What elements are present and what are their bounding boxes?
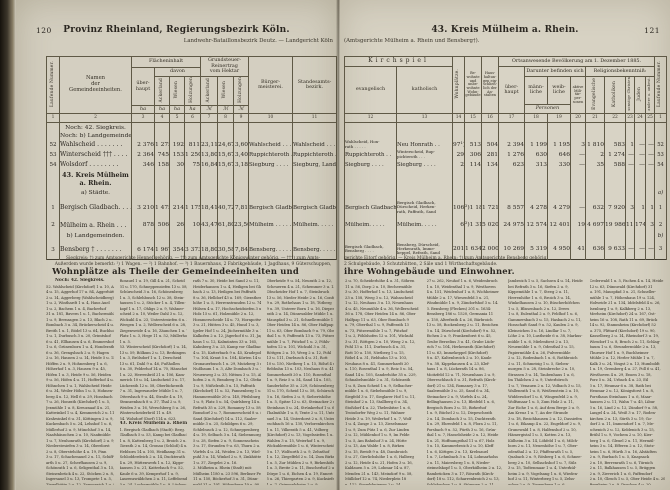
cell-value: —: [635, 140, 646, 150]
gemeinde-name: Bergisch Gladbach. . . .: [60, 197, 132, 219]
col-number: 25: [646, 114, 655, 123]
cell-value: 1: [635, 197, 646, 219]
wohnplaetze-line: acker 2 u. 9, Ziegenberg 1 u. 6.: [508, 482, 584, 486]
cell-value: 19: [571, 219, 586, 232]
page-left: 120 Provinz Rheinland, Regierungsbezirk …: [16, 0, 337, 490]
wohnplaetze-line: 1 u. 2, Winthardt 1 u. 4, Haus Auel: [46, 300, 114, 306]
standesamt-value: Ruppichteroth .: [293, 150, 337, 160]
table-row: Mülheim. . . . .Mülheim. . . . .6²)1 314…: [345, 219, 667, 232]
cell-value: 30: [170, 160, 185, 170]
col-evangelische: Evangelische: [586, 77, 605, 114]
col-kirchspiel: Kirchspiel: [345, 57, 453, 67]
wohnplaetze-column: Jambroich 1 u. 5, Sachsen 4 u. 14, Heide…: [508, 278, 584, 485]
row-number: 52: [47, 140, 60, 150]
col-number: 16: [482, 114, 499, 123]
wohnplaetze-line: 8 u. 47, Kaltenbroich 2 u. 10, Kaule: [427, 355, 503, 361]
col-katholiken: Katholiken: [605, 77, 626, 114]
col-weibliche: weib-liche: [548, 77, 571, 105]
col-number: 18: [525, 114, 548, 123]
section-row: [345, 132, 667, 140]
wohnplaetze-line: 3 u. 17, Strunden 9 u. 63, Thurn 2 u. 10…: [193, 443, 261, 449]
cell-value: 6: [453, 219, 465, 232]
wohnplaetze-line: 13 u. 111, Durbusch 4 u. 31, Rott: [267, 355, 335, 361]
wohnplaetze-line: steimelskopf 1 u. 5, Oberkülheim 2 u. 12…: [427, 465, 503, 471]
wohnplaetze-line: Stranzenbach 8 u. 37, Thal 2 u. 9,: [120, 399, 188, 405]
book-spread: 120 Provinz Rheinland, Regierungsbezirk …: [0, 0, 670, 490]
wohnplaetze-column: Cederwald 1 u. 5, Fachen 4 u. 14, Heide1…: [590, 278, 666, 485]
wohnplaetze-line: Kalkofen 2 u. 12, Jägerhof 6 u. 31, Jagd…: [193, 333, 261, 339]
col-wohngebaeude: Be-wohnteundunbe-wohnteWohn-gebäude: [465, 57, 482, 114]
cell-value: 3 210: [132, 197, 155, 219]
kirchspiel-evangelisch-value: Bergisch Gladbach: [345, 197, 397, 219]
unit: ha: [170, 106, 185, 114]
cell-value: —: [635, 150, 646, 160]
wohnplaetze-line: 1 u. 9, Platz 5 u. 54, Quirlsberg 14 u. …: [193, 399, 261, 405]
wohnplaetze-line: Wickuhlermühle 1 u. 6, Winterscheidt: [267, 443, 335, 449]
cell-value: 588: [605, 160, 626, 170]
col-rt-ackerland: Ackerland: [201, 77, 218, 106]
col-bevoelkerung: Ortsanwesende Bevölkerung am 1. Dezember…: [499, 57, 655, 67]
wohnplaetze-line: Cederwald 1 u. 5, Fachen 4 u. 14, Heide: [590, 278, 666, 284]
row-number: 2: [655, 219, 667, 232]
cell-value: —: [635, 160, 646, 170]
wohnplaetze-line: 2. Mülheim a. Rhein (Stadt) mit:: [193, 465, 261, 471]
wohnplaetze-line: 1 u. 3, Brölsdorf 1 u. 1, Derscheid: [120, 355, 188, 361]
col-number: 15: [465, 114, 482, 123]
wohnplaetze-line: 31 u. 181, Bavern 1 u. 1, Bachermühle: [46, 311, 114, 317]
table-row: 2Mülheim a. Rhein . . .878506261043,4761…: [47, 219, 337, 232]
wohnplaetze-line: u. 191, Mauspfad 3 u. 21, Schneller-: [590, 289, 666, 295]
kirchspiel-katholisch-value: Winterscheid, Rup-pichteroth . . .: [397, 150, 453, 160]
wohnplaetze-line: 2 u. 16, Hausen 2 u. 14, Heide 5 u. 15,: [46, 355, 114, 361]
wohnplaetze-columns-left: Noch: 42. Siegkreis.52. Wahlscheid (Kirc…: [46, 278, 334, 485]
wohnplaetze-line: bach 2 u. 13, Heiligen bei Paffrath: [193, 289, 261, 295]
cell-value: 23,11: [201, 140, 218, 150]
col-laufende-nummer: Laufende Nummer.: [47, 57, 60, 114]
cell-value: 1 199: [525, 140, 548, 150]
cell-value: 3: [571, 140, 586, 150]
cell-value: —: [626, 160, 635, 170]
wohnplaetze-line: merich 10 u. 54, Lindscheid 3 u. 17,: [120, 377, 188, 383]
col-number: 13: [397, 114, 453, 123]
cell-value: 8 557: [499, 197, 525, 219]
row-number: 53: [655, 150, 667, 160]
section-label: 43. Kreis Mülheima. Rhein.: [60, 170, 132, 189]
section-row: a) Städte.: [47, 189, 337, 197]
page-title-right: 43. Kreis Mülheim a. Rhein.: [340, 25, 670, 35]
row-number: 1: [655, 197, 667, 219]
kirchspiel-evangelisch-value: Mülheim. . . . .: [345, 219, 397, 232]
wohnplaetze-line: heim 3 u. 14, Efferen 2 u. 12, Stotz-: [590, 443, 666, 449]
wohnplaetze-line: Windmühle 1 u. 9, Zündorfshof 3 u. 14.: [427, 300, 503, 306]
col-ueberhaupt: über-haupt: [499, 67, 525, 114]
wohnplaetze-line: Naafshäuschen 2 u. 10, Naafmühle: [46, 432, 114, 438]
wohnplaetze-column: Noch: 42. Siegkreis.52. Wahlscheid (Kirc…: [46, 278, 114, 485]
wohnplaetze-line: 5 u. 27, Gierlichshöhe 1 u. 6, Halberg: [345, 454, 421, 460]
wohnplaetze-line: 1 u. 5, Spitze 12 u. 63, Steinacker 2 u.…: [267, 399, 335, 405]
col-number: 19: [548, 114, 571, 123]
wohnplaetze-line: Schnabelsmühle 2 u. 31, Schönrath: [345, 377, 421, 383]
section-label: b) Landgemeinden.: [60, 232, 132, 240]
cell-value: —: [626, 150, 635, 160]
wohnplaetze-column: 27 u. 262, Neuhof 1 u. 6, Weidenbruch1 u…: [427, 278, 503, 485]
cell-value: ²)1 314: [465, 219, 482, 232]
section-row: b) Landgemeinden.: [47, 232, 337, 240]
page-subtitle-right: (Amtsgerichte Mülheim a. Rhein und Bensb…: [344, 38, 479, 44]
row-number: 53: [47, 150, 60, 160]
section-row: b): [345, 232, 667, 240]
cell-value: 26: [170, 219, 185, 232]
wohnplaetze-line: Jambroich 1 u. 5, Sachsen 4 u. 14, Heide: [508, 278, 584, 284]
section-row: 43. Kreis Mülheima. Rhein.: [47, 170, 337, 189]
cell-value: 281: [482, 150, 499, 160]
kirchspiel-evangelisch-value: Siegburg . . . .: [345, 160, 397, 170]
cell-value: 19 986: [605, 219, 626, 232]
wohnplaetze-line: Schönrath 1 u. 6, Seligenthal 3 u. 15,: [46, 465, 114, 471]
table-row: Ruppichteroth . .Winterscheid, Rup-picht…: [345, 150, 667, 160]
gemeinde-name: Wolsdorf . . . . . . . .: [60, 160, 132, 170]
cell-value: 75: [185, 160, 201, 170]
wohnplaetze-line: 4 u. 151, Weidenhof 1 u. 8, Wichheimer: [427, 289, 503, 295]
wohnplaetze-line: 6 u. 30, Felderhof 14 u. 70, Hänscheid: [120, 366, 188, 372]
cell-value: 13,80: [201, 150, 218, 160]
wohnplaetze-line: Laurenzwäldchen 2 u. 11, Leffelsend: [120, 476, 188, 482]
cell-value: 97¹): [453, 140, 465, 150]
wohnplaetze-line: Obscheider Hof 1 u. 7, Steinbruch: [267, 289, 335, 295]
wohnplaetze-line: (Kirchdorf) 11 u. 52, Pannenberg 1 u. 41…: [193, 388, 261, 394]
col-number: 7: [201, 114, 218, 123]
cell-value: 1 250: [185, 150, 201, 160]
col-rt-holzungen: Holzungen: [234, 77, 249, 106]
col-wohnplaetze: Wohnplätze.: [453, 57, 465, 114]
wohnplaetze-line: 9 u. 29, Rothehaus 1 u. 18, Tütberg: [267, 300, 335, 306]
wohnplaetze-line: 1 u. 8, Eulenthal 2 u. 9, Feldhof 1 u. 6…: [508, 311, 584, 317]
kirchspiel-evangelisch-value: Wahlscheid, Hon-rath . . . . .: [345, 140, 397, 150]
wohnplaetze-line: 3 u. 15, Todtenmaar 1 u. 4, Unterkül-: [508, 465, 584, 471]
col-standesamt: Standesamts-bezirk.: [293, 57, 337, 114]
wohnplaetze-line: Schlodderdeich 2 u. 14, Duckterath: [120, 454, 188, 460]
col-number: 23: [626, 114, 635, 123]
cell-value: 115: [626, 219, 635, 232]
wohnplaetze-line: 1 u. 7, Grimmelsheim 2 u. 9.: [267, 482, 335, 486]
unit: ha: [185, 106, 201, 114]
page-subtitle-left: Landwehr-Bataillonsbezirk Deutz. — Landg…: [184, 38, 333, 44]
cell-value: 153: [170, 150, 185, 160]
cell-value: 40,72: [218, 197, 234, 219]
cell-value: 18,41: [201, 197, 218, 219]
row-number: 52: [655, 140, 667, 150]
col-flaecheninhalt: Flächeninhalt: [132, 57, 201, 68]
col-namen: NamenderGemeindeeinheiten.: [60, 57, 132, 114]
wohnplaetze-line: 2 u. 11, Balkhausen 1 u. 5, Brüggen: [590, 465, 666, 471]
col-ueberhaupt: über-haupt: [132, 68, 155, 106]
wohnplaetze-line: Eichen 2 u. 9, Frankenforst 6 u. 45,: [427, 333, 503, 339]
col-number: 3: [132, 114, 155, 123]
wohnplaetze-line: 4 u. 19, Selbach 3 u. 14, Siebenmorgen: [193, 432, 261, 438]
wohnplaetze-line: hofen 2 u. 8, Brauberg 3 u. 12, Olefant: [193, 377, 261, 383]
wohnplaetze-line: Bensberg 186 u. 1520, Germania 11: [427, 311, 503, 317]
wohnplaetze-line: höhe 1 u. 5, Herrenstrunden 12 u. 74,: [193, 300, 261, 306]
wohnplaetze-line: thal 1 u. 7, Hasselsheide 2 u. 12, Heide: [427, 432, 503, 438]
section-row: [345, 123, 667, 132]
wohnplaetze-line: born 2 u. 11, Neuenhöhe 1 u. 7, Ober-: [508, 443, 584, 449]
wohnplaetze-line: hof 2 u. 11, Winterberg 1 u. 5, Zehn-: [508, 476, 584, 482]
wohnplaetze-line: 3 u. 17, Schachenauel 2 u. 11, Schiff-: [46, 454, 114, 460]
cell-value: 646: [548, 150, 571, 160]
wohnplaetze-line: Platz 1 u. 3, Hege 11 u. 52, Müllerhof: [120, 333, 188, 339]
cell-value: 174: [635, 219, 646, 232]
cell-value: 10: [185, 219, 201, 232]
wohnplaetze-column: Rosauel 1 u. 19, Gill 4 u. 21, Scheid31 …: [120, 278, 188, 485]
col-number: 17: [499, 114, 525, 123]
cell-value: 878: [132, 219, 155, 232]
wohnplaetze-line: u. 112, Siegelsknippen 2 u. 14.: [345, 482, 421, 486]
wohnplaetze-line: rich 7 u. 104, Herkenrath (Kirchdorf): [427, 344, 503, 350]
wohnplaetze-line: Winkelhausen 2 u. 10, Büscherhöfchen: [508, 300, 584, 306]
wohnplaetze-line: Kasselberg 2 u. 14, Rheindorf 3 u. 19,: [590, 333, 666, 339]
wohnplaetze-line: kausen 3 u. 21, Katterbach 9 u. 52,: [120, 465, 188, 471]
wohnplaetze-line: 1 u. 12, Ziegelfeld 2 u. 14, Zum Birkei: [267, 454, 335, 460]
wohnplaetze-line: Thalmühle 1 u. 8, Tente 2 u. 11, Unter-: [267, 410, 335, 416]
cell-value: 623: [499, 160, 525, 170]
col-number: 11: [293, 114, 337, 123]
section-row: Noch: 42. Siegkreis.: [47, 123, 337, 132]
wohnplaetze-line: Ronsdorf 2 u. 7, Rommerscheid 8 u. 40,: [193, 410, 261, 416]
col-number: 22: [605, 114, 626, 123]
col-number: 10: [249, 114, 293, 123]
cell-value: 15,67: [218, 150, 234, 160]
cell-value: 43,47: [201, 219, 218, 232]
cell-value: 114: [465, 160, 482, 170]
cell-value: —: [646, 160, 655, 170]
unit: ha: [155, 106, 170, 114]
row-number: 54: [655, 160, 667, 170]
wohnplaetze-line: Wolfsmaar 1 u. 5, Zum Holz 2 u. 11,: [508, 399, 584, 405]
col-number: 4: [155, 114, 170, 123]
cell-value: 1 274: [605, 150, 626, 160]
buergermeisterei-value: Siegburg . . . .: [249, 160, 293, 170]
wohnplaetze-line: Schürscheid 3 u. 16, Schönenberg: [120, 289, 188, 295]
section-row: a): [345, 189, 667, 197]
cell-value: 7 920: [605, 197, 626, 219]
wohnplaetze-line: thal 1 u. 9, Pafferath 13 u. 73, Pützer-: [267, 333, 335, 339]
col-number: 5: [170, 114, 185, 123]
kirchspiel-katholisch-value: Bergisch Gladbach,Dürscheid, Herken-rath…: [397, 197, 453, 219]
col-religion: Religionsbekenntniß:: [586, 67, 655, 77]
section-row: [345, 170, 667, 189]
wohnplaetze-columns-right: 2 u. 70, Scheiderhöhe 4 u. 31, Söhren11 …: [345, 278, 665, 485]
wohnplaetze-line: Ziegelhütte 2 u. 12, Zemmerich 1 u. 9,: [46, 482, 114, 486]
cell-value: 4 278: [525, 197, 548, 219]
wohnplaetze-line: 1 u. 9, Reiz 5 u. 54, Sand 14 u. 105,: [267, 377, 335, 383]
cell-value: 506: [155, 219, 170, 232]
section-marker: [655, 123, 667, 132]
wohnplaetze-line: 1 u. 1, Durbusch 3 u. 20, Grimtshof: [46, 333, 114, 339]
cell-value: 24,67: [218, 140, 234, 150]
wohnplaetze-line: puhl 3 u. 14, Winkel 2 u. 9, Zinkhütte: [193, 454, 261, 460]
wohnplaetze-heading-left: Wohnplätze als Theile der Gemeindeeinhei…: [16, 266, 335, 276]
wohnplaetze-line: 9 u. 56, Höfen 4 u. 11, Hofferhof 4 u. 1…: [46, 377, 114, 383]
wohnplaetze-line: Kuckenbach 5 u. 24, Lehnhof 1 u. 6,: [46, 421, 114, 427]
buergermeisterei-value: Ruppichteroth . .: [249, 150, 293, 160]
wohnplaetze-line: dorf 2 u. 11, Immendorf 1 u. 7, Me-: [590, 421, 666, 427]
wohnplaetze-line: 1 u. 19, Gremberg 4 u. 27, Poll 6 u. 41,: [590, 366, 666, 372]
cell-value: 192: [170, 140, 185, 150]
row-number: 2: [47, 219, 60, 232]
wohnplaetze-line: 7 u. 31, Ingersaueler Mühle 1 u. 7,: [120, 388, 188, 394]
cell-value: —: [646, 140, 655, 150]
wohnplaetze-line: morgen 5 u. 28, Steinbreche 2 u. 10,: [508, 366, 584, 372]
wohnplaetze-line: Rosauel 1 u. 19, Gill 4 u. 21, Scheid: [120, 278, 188, 284]
wohnplaetze-line: 7 u. 104, Kraut 5 u. 104, Kürten 14 u. 5…: [193, 355, 261, 361]
wohnplaetze-line: 5 u. 26, Thiergarten 2 u. 9, Kucksiefen: [267, 476, 335, 482]
cell-value: —: [646, 240, 655, 260]
wohnplaetze-line: 11 u. 150, Böckerhof 3 u. 31, Dünn-: [193, 476, 261, 482]
wohnplaetze-line: Schlehecken 1 u. 9, Stümpen 2 u. 11.: [427, 482, 503, 486]
table-row: Bergisch GladbachBergisch Gladbach,Dürsc…: [345, 197, 667, 219]
wohnplaetze-line: 7 u. 26, Honrath (Kirchdorf) 1 u. 5,: [46, 399, 114, 405]
cell-value: 4 279: [548, 197, 571, 219]
cell-value: 630: [525, 150, 548, 160]
col-number: 21: [586, 114, 605, 123]
col-number: 2: [60, 114, 132, 123]
cell-value: 3: [626, 197, 635, 219]
col-ackerland: Ackerland: [155, 77, 170, 106]
wohnplaetze-line: hausen 1 u. 2, Stöcker 1 u. 4, Tillen-: [120, 300, 188, 306]
wohnplaetze-line: 53. Winterscheid (Kirchdorf) 1 u. 14, Ah…: [120, 344, 188, 350]
col-rt-wiesen: Wiesen: [218, 77, 234, 106]
wohnplaetze-column: rath 7 u. 30, Heide bei Sand 2 u. 11,Hei…: [193, 278, 261, 485]
wohnplaetze-line: Heumar 2 u. 12, Königsforst 1 u. 8,: [590, 388, 666, 394]
cell-value: 583: [605, 140, 626, 150]
cell-value: 3,60: [234, 140, 249, 150]
table-row: 52Wahlscheid . . . . . . .2 3761 2751928…: [47, 140, 337, 150]
wohnplaetze-line: wald 31 u. 191, Höhenberg 19 u. 90,: [193, 482, 261, 486]
cell-value: 3,18: [234, 160, 249, 170]
wohnplaetze-line: Niederstesiefen 3 u. 14, Oberdorst: [46, 443, 114, 449]
wohnplaetze-line: 14 u. 92, Stammheim (Kirchdorf) 52: [590, 322, 666, 328]
wohnplaetze-column: Oberheide 9 u. 54, Neurath 2 u. 12,Scheu…: [267, 278, 335, 485]
wohnplaetze-line: Quabach 2 u. 9, Rösberg 1 u. 6, Schnee-: [508, 454, 584, 460]
wohnplaetze-line: baum 1 u. 6, Strundermühle 2 u. 13,: [590, 344, 666, 350]
gemeinde-name: Mülheim a. Rhein . . .: [60, 219, 132, 232]
cell-value: 158: [155, 160, 170, 170]
col-number: 14: [453, 114, 465, 123]
cell-value: —: [571, 150, 586, 160]
wohnplaetze-section-heading: Noch: 42. Siegkreis.: [46, 278, 114, 284]
cell-value: 513: [465, 140, 482, 150]
wohnplaetze-line: 31 u. 170, Scheid 13 u. 58, Schürscheid: [267, 388, 335, 394]
cell-value: 214: [170, 197, 185, 219]
cell-value: 330: [548, 160, 571, 170]
table-row: 1Bergisch Gladbach. . . .3 2101 4752141 …: [47, 197, 337, 219]
page-number-right: 121: [644, 26, 660, 35]
wohnplaetze-heading-right: ihre Wohngebäude und Einwohner.: [344, 266, 515, 276]
cell-value: —: [646, 150, 655, 160]
col-number: 20: [571, 114, 586, 123]
standesamt-value: Wahlscheid . . .: [293, 140, 337, 150]
col-grundsteuer: Grundsteuer-Reinertragvom Hektar: [201, 57, 249, 77]
cell-value: 306: [465, 150, 482, 160]
col-number: 1: [655, 114, 667, 123]
cell-value: 15,67: [218, 160, 234, 170]
gemeinde-table: Laufende Nummer. NamenderGemeindeeinheit…: [46, 56, 337, 260]
wohnplaetze-line: Rebhuhn 13 u. 103, Neuhaus 8 u. 41,: [267, 366, 335, 372]
wohnplaetze-line: Gladbach 5 u. 53, Kamp bei Gladbach: [120, 432, 188, 438]
section-label: Noch: b) Landgemeinden.: [60, 132, 132, 140]
cell-value: 24 975: [499, 219, 525, 232]
unit: ℳ: [234, 106, 249, 114]
standesamt-value: Bergisch Gladbach: [293, 197, 337, 219]
cell-value: 1 475: [155, 197, 170, 219]
kirchspiel-katholisch-value: Mülheim. . . . .: [397, 219, 453, 232]
wohnplaetze-column: 2 u. 70, Scheiderhöhe 4 u. 31, Söhren11 …: [345, 278, 421, 485]
cell-value: 2: [453, 160, 465, 170]
unit: ℳ: [218, 106, 234, 114]
col-number: 6: [185, 114, 201, 123]
wohnplaetze-line: Gierath 2 u. 14, Gronau (Schloß) 4 u. 31…: [120, 443, 188, 449]
wohnplaetze-line: Bombach 3 u. 34, Brückerscheid 4 u. 14,: [46, 322, 114, 328]
cell-value: 811: [185, 140, 201, 150]
wohnplaetze-line: 4 u. 29, Ehrenfeld 1 u. 8, Flora 2 u. 11…: [427, 421, 503, 427]
wohnplaetze-line: 4 u. 15, Aggerhof 17 u. 84, Aggerhütte: [46, 289, 114, 295]
col-katholisch: katholisch: [397, 67, 453, 114]
wohnplaetze-line: 3 u. 21, Hütten 3 u. 45, Hund 1 u. 3,: [193, 322, 261, 328]
wohnplaetze-line: (Kirchdorf) 2 u. 13, Vogelssiefen 1 u. 4…: [267, 432, 335, 438]
cell-value: 1 175: [185, 197, 201, 219]
wohnplaetze-line: Holweide 21 u. 134, Iddelsfeld 4 u. 26,: [590, 300, 666, 306]
cell-value: 3: [646, 219, 655, 232]
col-number: 1: [47, 114, 60, 123]
section-label: a) Städte.: [60, 189, 132, 197]
cell-value: 2: [586, 150, 605, 160]
wohnplaetze-line: rath 2 u. 14, Dünnwalder Mühle 1 u. 9,: [267, 311, 335, 317]
cell-value: 61,80: [218, 219, 234, 232]
cell-value: 5 020: [482, 219, 499, 232]
book-binding-shadow: [0, 0, 16, 490]
wohnplaetze-line: 3 u. 15, Kammerbroich 2 u. 10, Kleff: [427, 443, 503, 449]
wohnplaetze-line: 1 u. 6, Eikamp 4 u. 22, Engeldorf 2 u. 9…: [508, 421, 584, 427]
cell-value: 16,84: [201, 160, 218, 170]
table-row: Wahlscheid, Hon-rath . . . . .Neu Honrat…: [345, 140, 667, 150]
wohnplaetze-line: u. 110, Rosenthal 1 u. 9, Reiz 5 u. 54,: [345, 366, 421, 372]
wohnplaetze-line: Bellinghausen 2 u. 13, Bleifeld 1 u. 6,: [427, 399, 503, 405]
wohnplaetze-line: Holz 15 u. 61, Holzmühle 2 u. 12,: [193, 311, 261, 317]
kirchspiel-katholisch-value: Neu Honrath . .: [397, 140, 453, 150]
wohnplaetze-line: 13 u. 58, Bockenberg 2 u. 11, Broichen: [427, 322, 503, 328]
cell-value: —: [571, 160, 586, 170]
cell-value: 1 195: [548, 140, 571, 150]
col-number: 9: [234, 114, 249, 123]
wohnplaetze-line: scheid 2 u. 10, Weiler Dahl 3 u. 12,: [120, 311, 188, 317]
wohnplaetze-line: Mühle 2 u. 12, Herler Mühle 1 u. 7,: [590, 355, 666, 361]
wohnplaetze-line: 1 u. 2, Pöhlshofen 12 u. 101, Wickuhl: [345, 333, 421, 339]
wohnplaetze-line: hofen 12 u. 101, Wickuhl 3 u. 31,: [267, 344, 335, 350]
kirchspiel-katholisch-value: Siegburg . . . .: [397, 160, 453, 170]
wohnplaetze-line: 1 u. 6, Grünenborn 1 u. 4, Honderath: [46, 344, 114, 350]
buergermeisterei-value: Mülheim . . . . .: [249, 219, 293, 232]
wohnplaetze-line: mühle 3 u. 25, Schildgen 6 u. 29,: [193, 421, 261, 427]
section-row: Noch: b) Landgemeinden.: [47, 132, 337, 140]
cell-value: 313: [525, 160, 548, 170]
section-marker: a): [655, 189, 667, 197]
table-row: 54Wolsdorf . . . . . . . .346158307516,8…: [47, 160, 337, 170]
row-number: 1: [47, 197, 60, 219]
col-number: 24: [635, 114, 646, 123]
wohnplaetze-line: Kahnberg 3 u. 23, Kamp vor Gladbach: [193, 344, 261, 350]
wohnplaetze-line: Oberheide 9 u. 54, Neurath 2 u. 12,: [267, 278, 335, 284]
wohnplaetze-line: Wallenrath 1 u. 8, Weißenstein 2 u. 10,: [508, 388, 584, 394]
